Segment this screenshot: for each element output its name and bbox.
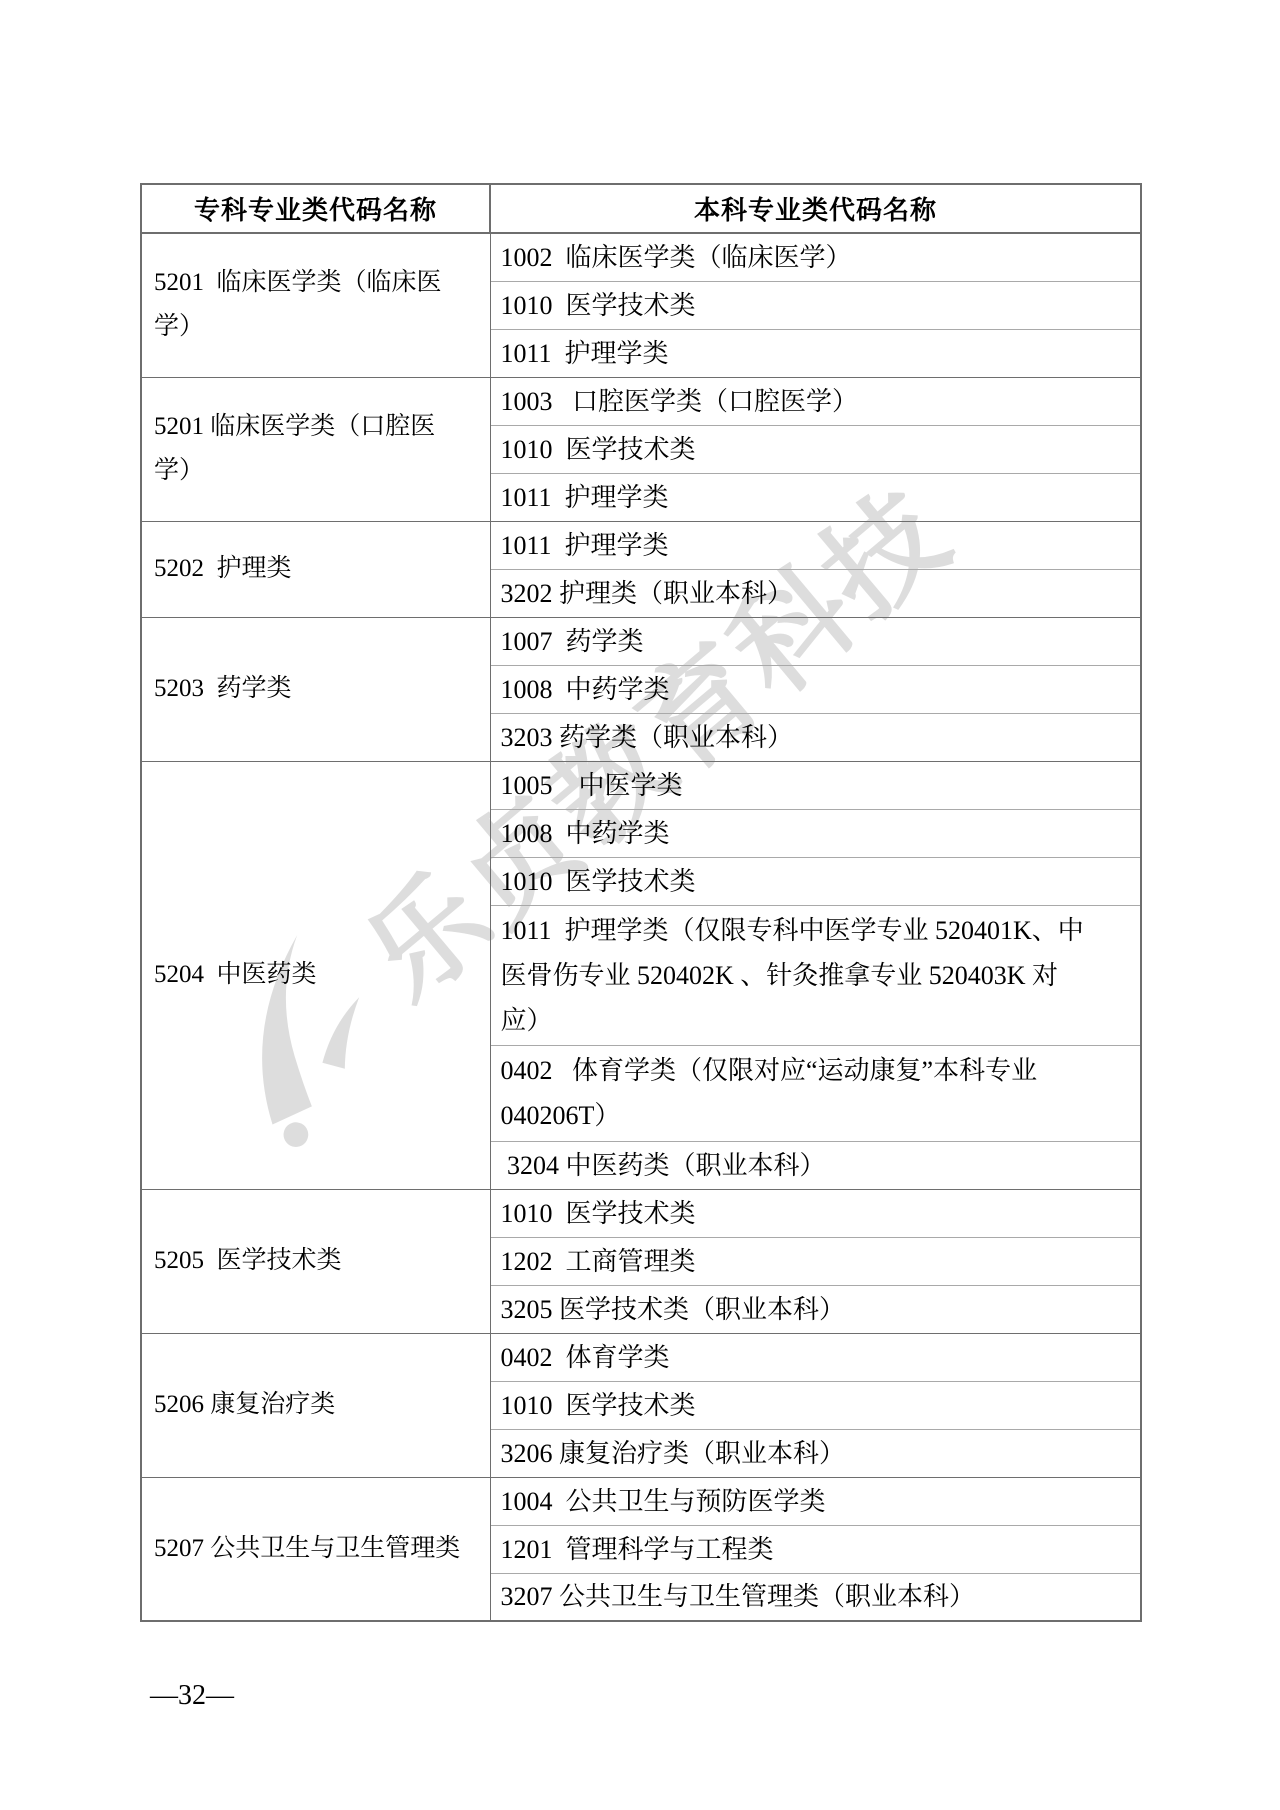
table-row: 5205 医学技术类 1010 医学技术类	[141, 1189, 1141, 1237]
table-row: 5202 护理类 1011 护理学类	[141, 521, 1141, 569]
table-row: 5204 中医药类 1005 中医学类	[141, 761, 1141, 809]
undergrad-class-cell: 1004 公共卫生与预防医学类	[490, 1477, 1141, 1525]
undergrad-class-cell: 1010 医学技术类	[490, 857, 1141, 905]
major-code-mapping-table: 专科专业类代码名称 本科专业类代码名称 5201 临床医学类（临床医 学） 10…	[140, 183, 1142, 1622]
undergrad-class-cell: 1010 医学技术类	[490, 1189, 1141, 1237]
undergrad-class-cell: 1002 临床医学类（临床医学）	[490, 233, 1141, 281]
undergrad-class-cell: 1008 中药学类	[490, 809, 1141, 857]
undergrad-class-cell: 1011 护理学类（仅限专科中医学专业 520401K、中 医骨伤专业 5204…	[490, 905, 1141, 1045]
table-header-row: 专科专业类代码名称 本科专业类代码名称	[141, 184, 1141, 233]
specialty-class-cell: 5205 医学技术类	[141, 1189, 490, 1333]
undergrad-class-cell: 3202 护理类（职业本科）	[490, 569, 1141, 617]
undergrad-class-cell: 1011 护理学类	[490, 521, 1141, 569]
header-undergraduate-column: 本科专业类代码名称	[490, 184, 1141, 233]
undergrad-class-cell: 3204 中医药类（职业本科）	[490, 1141, 1141, 1189]
table-row: 5206 康复治疗类 0402 体育学类	[141, 1333, 1141, 1381]
specialty-class-cell: 5203 药学类	[141, 617, 490, 761]
undergrad-class-cell: 1010 医学技术类	[490, 425, 1141, 473]
undergrad-class-cell: 3203 药学类（职业本科）	[490, 713, 1141, 761]
undergrad-class-cell: 1010 医学技术类	[490, 281, 1141, 329]
document-page: 乐贞教育科技 专科专业类代码名称 本科专业类代码名称 5201 临床医学类（临床…	[0, 0, 1280, 1810]
table-row: 5201 临床医学类（口腔医 学） 1003 口腔医学类（口腔医学）	[141, 377, 1141, 425]
undergrad-class-cell: 1010 医学技术类	[490, 1381, 1141, 1429]
undergrad-class-cell: 1008 中药学类	[490, 665, 1141, 713]
specialty-class-cell: 5201 临床医学类（口腔医 学）	[141, 377, 490, 521]
specialty-class-cell: 5204 中医药类	[141, 761, 490, 1189]
specialty-class-cell: 5207 公共卫生与卫生管理类	[141, 1477, 490, 1621]
undergrad-class-cell: 1003 口腔医学类（口腔医学）	[490, 377, 1141, 425]
table-row: 5203 药学类 1007 药学类	[141, 617, 1141, 665]
undergrad-class-cell: 1011 护理学类	[490, 473, 1141, 521]
page-number: —32—	[150, 1680, 234, 1712]
undergrad-class-cell: 1202 工商管理类	[490, 1237, 1141, 1285]
header-specialty-column: 专科专业类代码名称	[141, 184, 490, 233]
undergrad-class-cell: 1005 中医学类	[490, 761, 1141, 809]
undergrad-class-cell: 1011 护理学类	[490, 329, 1141, 377]
table-row: 5207 公共卫生与卫生管理类 1004 公共卫生与预防医学类	[141, 1477, 1141, 1525]
table-row: 5201 临床医学类（临床医 学） 1002 临床医学类（临床医学）	[141, 233, 1141, 281]
specialty-class-cell: 5201 临床医学类（临床医 学）	[141, 233, 490, 377]
undergrad-class-cell: 1007 药学类	[490, 617, 1141, 665]
undergrad-class-cell: 0402 体育学类（仅限对应“运动康复”本科专业 040206T）	[490, 1045, 1141, 1141]
specialty-class-cell: 5202 护理类	[141, 521, 490, 617]
undergrad-class-cell: 3205 医学技术类（职业本科）	[490, 1285, 1141, 1333]
specialty-class-cell: 5206 康复治疗类	[141, 1333, 490, 1477]
undergrad-class-cell: 0402 体育学类	[490, 1333, 1141, 1381]
undergrad-class-cell: 3206 康复治疗类（职业本科）	[490, 1429, 1141, 1477]
undergrad-class-cell: 1201 管理科学与工程类	[490, 1525, 1141, 1573]
undergrad-class-cell: 3207 公共卫生与卫生管理类（职业本科）	[490, 1573, 1141, 1621]
